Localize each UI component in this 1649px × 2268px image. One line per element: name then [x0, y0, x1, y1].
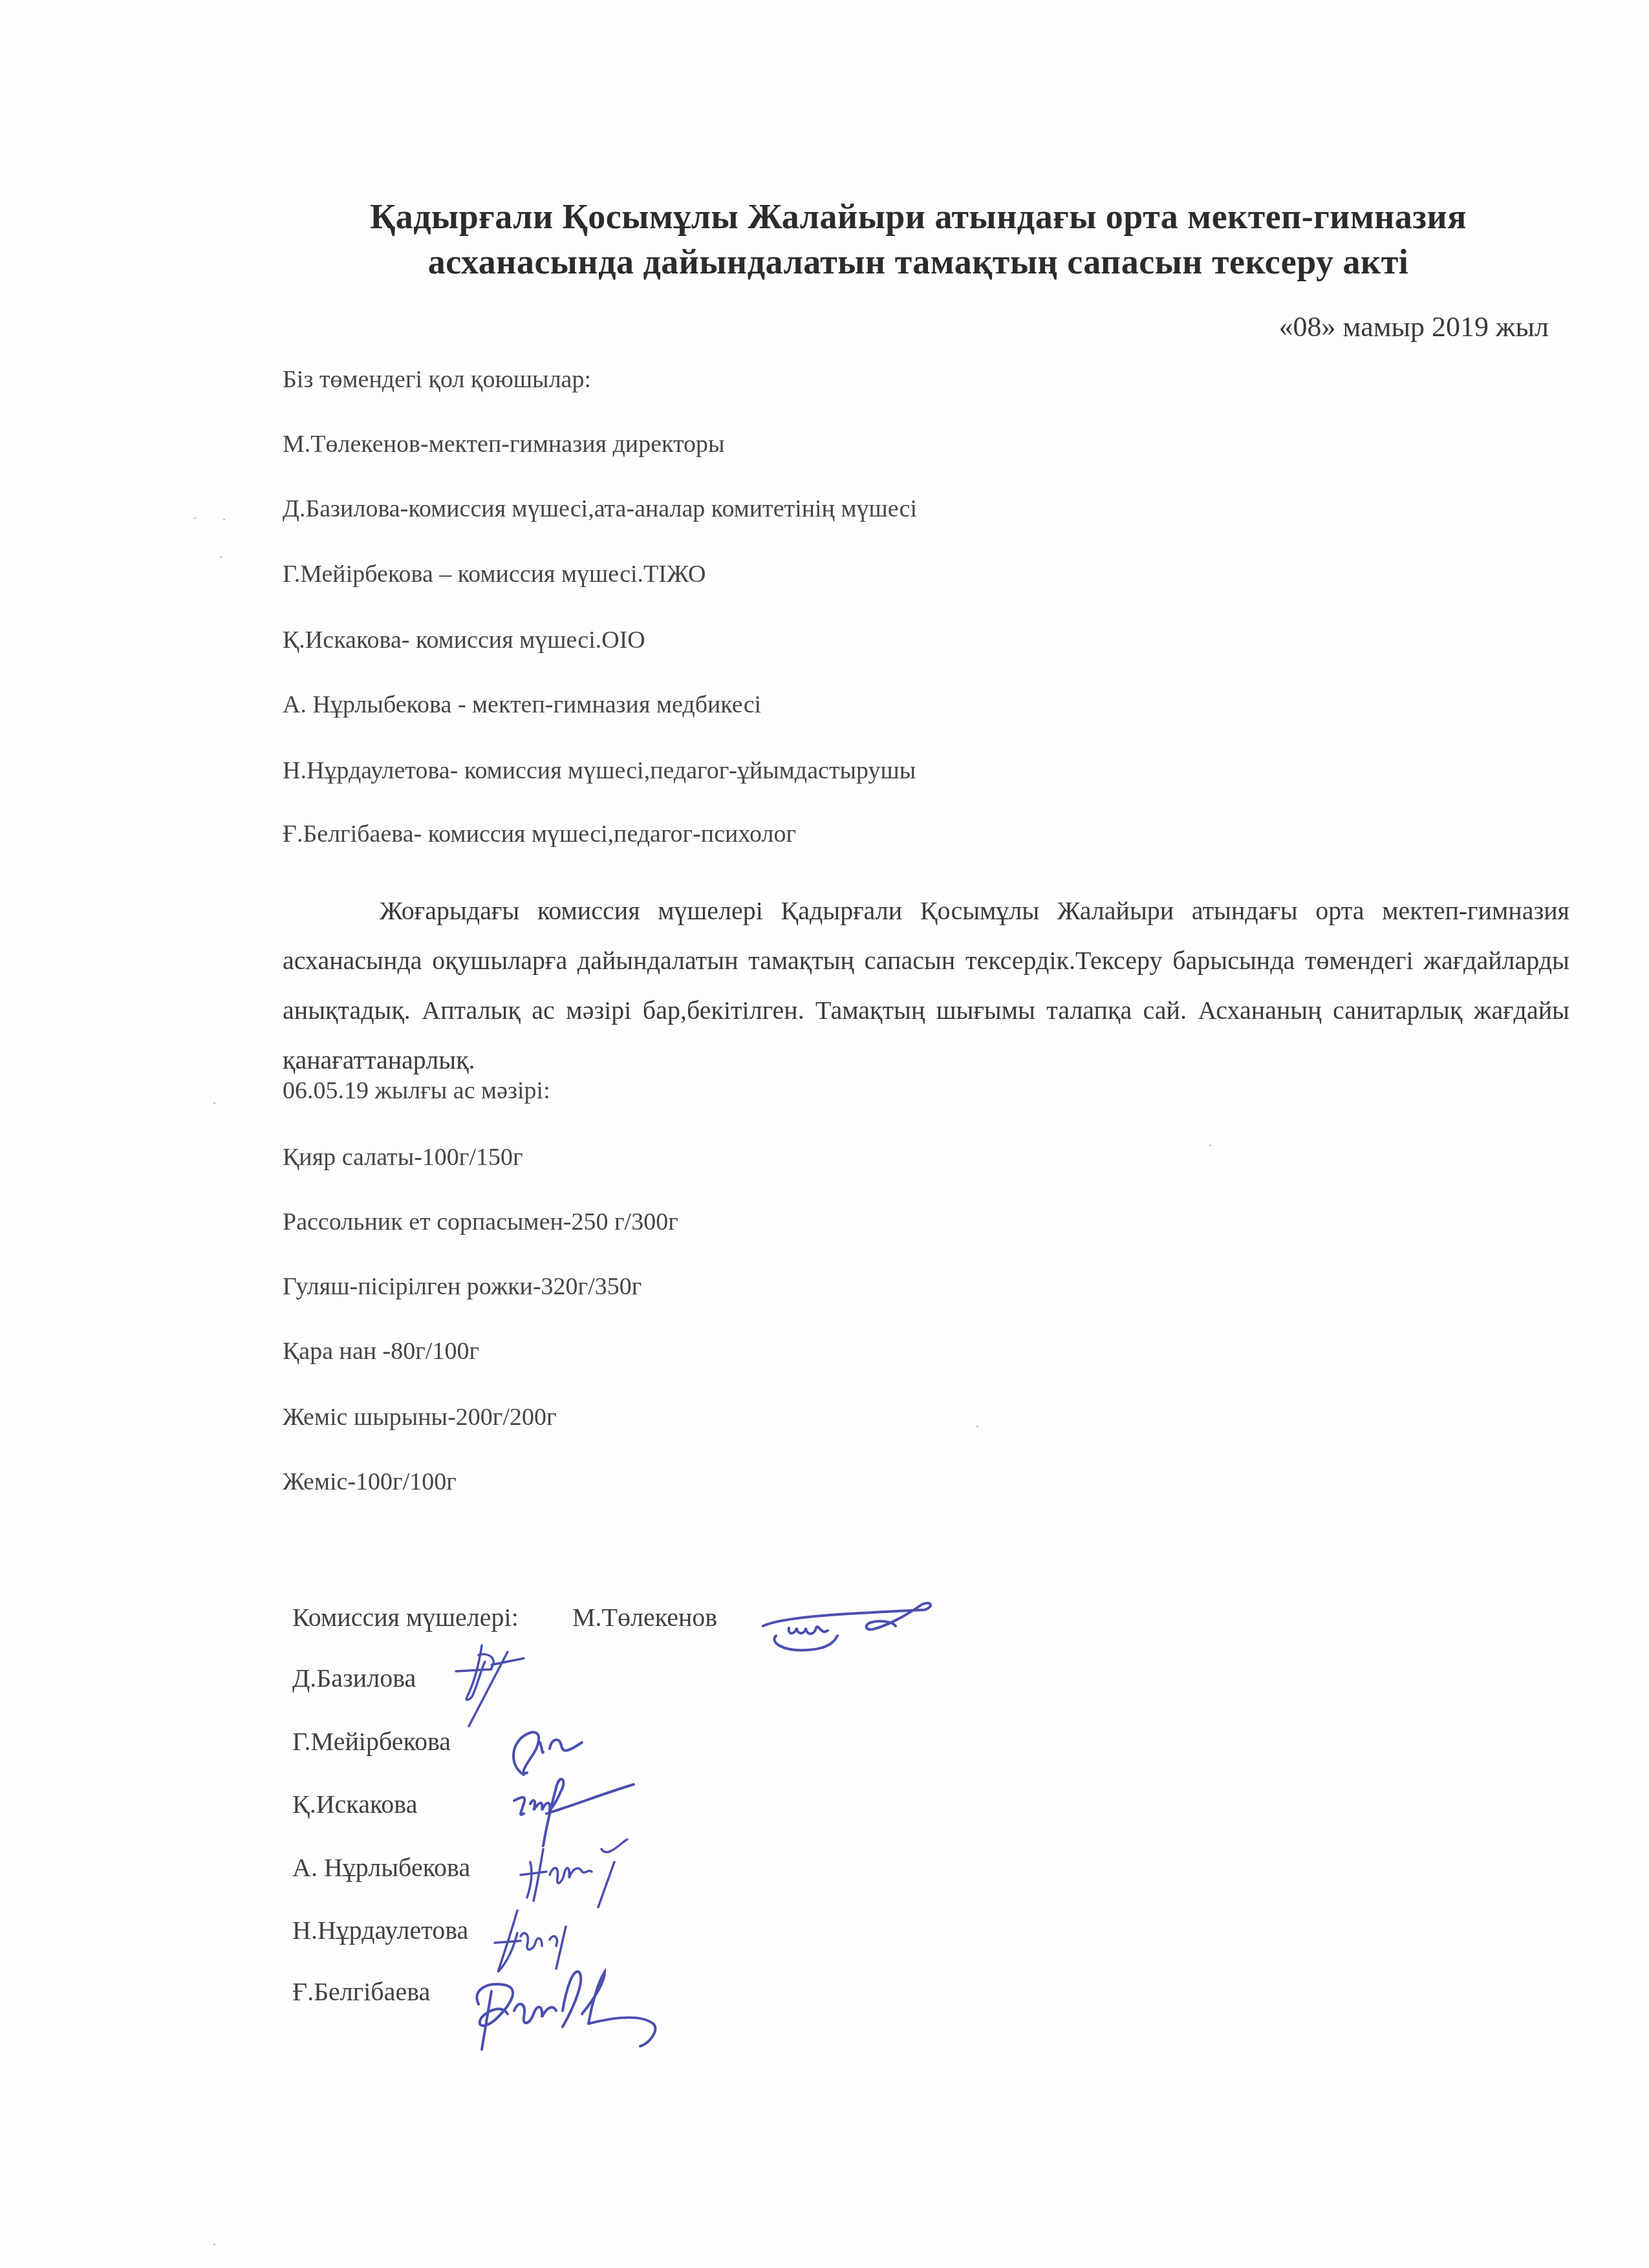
title-line-1: Қадырғали Қосымұлы Жалайыри атындағы орт…	[310, 194, 1526, 239]
member-line: Қ.Искакова- комиссия мүшесі.ОІО	[283, 626, 645, 654]
menu-item: Қияр салаты-100г/150г	[283, 1143, 523, 1171]
menu-item: Гуляш-пісірілген рожки-320г/350г	[283, 1272, 641, 1301]
menu-item: Жеміс-100г/100г	[283, 1468, 457, 1496]
signature-scribble-icon	[757, 1590, 938, 1655]
signatory-name: Ғ.Белгібаева	[292, 1976, 430, 2007]
scan-speck	[220, 556, 222, 558]
signatory-name: Қ.Искакова	[292, 1789, 417, 1819]
scan-speck	[194, 517, 196, 519]
menu-heading: 06.05.19 жылғы ас мәзірі:	[283, 1076, 550, 1105]
document-date: «08» мамыр 2019 жыл	[1279, 310, 1549, 343]
findings-paragraph: Жоғарыдағы комиссия мүшелері Қадырғали Қ…	[283, 886, 1569, 1085]
signatory-name: Н.Нұрдаулетова	[292, 1915, 468, 1945]
intro-text: Біз төмендегі қол қоюшылар:	[283, 365, 591, 394]
scan-speck	[1209, 1144, 1211, 1146]
title-line-2: асханасында дайындалатын тамақтың сапасы…	[310, 239, 1526, 284]
member-line: Г.Мейірбекова – комиссия мүшесі.ТІЖО	[283, 560, 706, 588]
scan-speck	[223, 519, 225, 520]
signatory-name: Г.Мейірбекова	[292, 1726, 451, 1757]
signature-scribble-icon	[504, 1713, 588, 1784]
member-line: Н.Нұрдаулетова- комиссия мүшесі,педагог-…	[283, 756, 916, 785]
scan-speck	[213, 2243, 215, 2245]
signatory-name: М.Төлекенов	[572, 1602, 717, 1632]
signatory-name: Д.Базилова	[292, 1663, 416, 1693]
scan-speck	[213, 1102, 215, 1104]
member-line: Ғ.Белгібаева- комиссия мүшесі,педагог-пс…	[283, 820, 796, 848]
member-line: Д.Базилова-комиссия мүшесі,ата-аналар ко…	[283, 495, 917, 523]
menu-item: Жеміс шырыны-200г/200г	[283, 1403, 557, 1431]
findings-text: Жоғарыдағы комиссия мүшелері Қадырғали Қ…	[283, 896, 1569, 1075]
signature-scribble-icon	[517, 1836, 634, 1914]
scan-speck	[976, 1426, 978, 1428]
member-line: А. Нұрлыбекова - мектеп-гимназия медбике…	[283, 690, 761, 719]
signatory-name: А. Нұрлыбекова	[292, 1852, 470, 1883]
menu-item: Рассольник ет сорпасымен-250 г/300г	[283, 1208, 678, 1236]
signature-scribble-icon	[466, 1965, 698, 2062]
scanned-document-page: Қадырғали Қосымұлы Жалайыри атындағы орт…	[0, 0, 1649, 2268]
document-title: Қадырғали Қосымұлы Жалайыри атындағы орт…	[310, 194, 1526, 284]
signatures-label: Комиссия мүшелері:	[292, 1602, 519, 1632]
menu-item: Қара нан -80г/100г	[283, 1337, 479, 1365]
member-line: М.Төлекенов-мектеп-гимназия директоры	[283, 430, 725, 458]
